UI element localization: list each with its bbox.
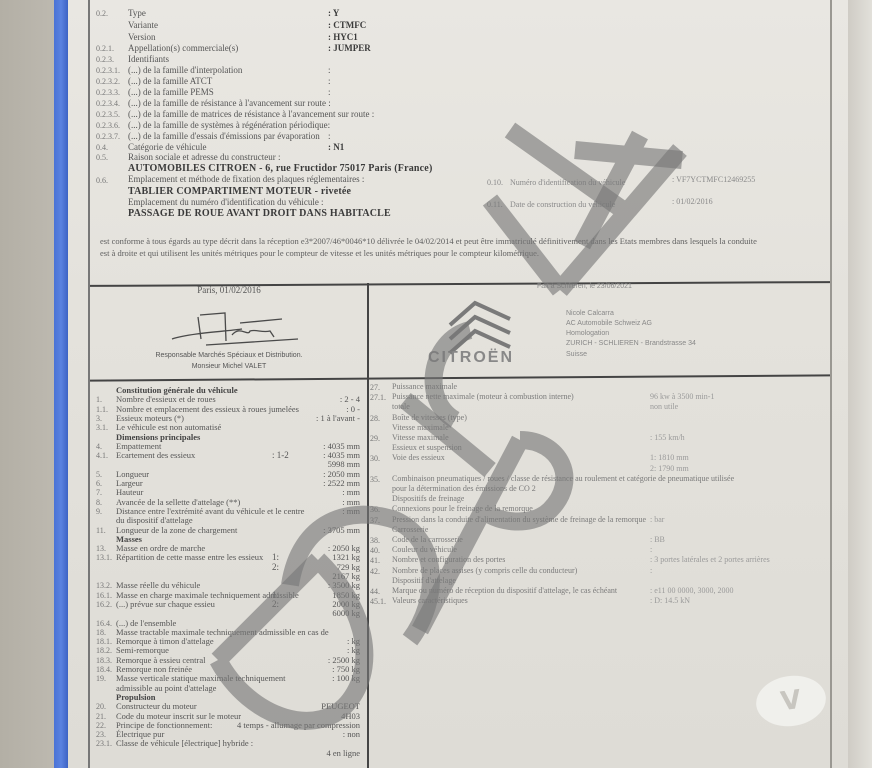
background-surface-right [848, 0, 872, 768]
spec-label: Boîte de vitesses (type) [392, 413, 467, 422]
spec-number: 23.1. [96, 739, 112, 748]
field-value: : [328, 131, 331, 142]
spec-number: 1. [96, 395, 102, 404]
spec-label: Classe de véhicule [électrique] hybride … [116, 738, 253, 749]
spec-value: : [650, 566, 652, 575]
spec-number: 23. [96, 730, 106, 739]
field-label: (...) de la famille PEMS [128, 87, 214, 98]
build-date-value: : 01/02/2016 [672, 197, 713, 206]
field-value: : [328, 76, 331, 87]
spec-number: 27. [370, 383, 380, 392]
blue-binder-edge [54, 0, 68, 768]
field-label: (...) de la famille ATCT [128, 76, 212, 87]
citroen-brand-wordmark: CITROËN [428, 349, 514, 367]
field-number: 0.2.3.4. [96, 99, 120, 108]
stamp-line: Nicole Calcarra [566, 310, 614, 317]
spec-value: : 3 portes latérales et 2 portes arrière… [650, 555, 770, 564]
spec-number: 16.2. [96, 600, 112, 609]
plate-value: TABLIER COMPARTIMENT MOTEUR - rivetée [128, 186, 351, 197]
vin-label: Numéro d'identification du véhicule [510, 178, 625, 187]
spec-label: Couleur du véhicule [392, 545, 457, 554]
field-number: 0.2.3.7. [96, 132, 120, 141]
spec-number: 35. [370, 475, 380, 484]
spec-number: 38. [370, 536, 380, 545]
spec-number: 28. [370, 414, 380, 423]
spec-number: 27.1. [370, 393, 386, 402]
spec-number: 13.2. [96, 581, 112, 590]
spec-number: 18.2. [96, 646, 112, 655]
field-number: 0.2.3.3. [96, 88, 120, 97]
stamp-line: ZURICH - SCHLIEREN - Brandstrasse 34 [566, 340, 696, 347]
spec-label: Combinaison pneumatiques / roues / class… [392, 474, 734, 483]
spec-axle: 2: [272, 562, 279, 573]
spec-label: Dispositif d'attelage [392, 576, 456, 585]
spec-number: 18.4. [96, 665, 112, 674]
spec-label: Pression dans la conduite d'alimentation… [392, 515, 646, 524]
spec-label: totale [392, 402, 410, 411]
spec-value: 4 en ligne [326, 748, 360, 759]
spec-label: Connexions pour le freinage de la remorq… [392, 504, 533, 513]
spec-label: Essieux et suspension [392, 443, 462, 452]
field-label: Identifiants [128, 54, 169, 65]
spec-label: Carrosserie [392, 525, 428, 534]
field-label: (...) de la famille d'interpolation [128, 65, 242, 76]
spec-value: 6000 kg [332, 608, 360, 619]
field-label: (...) de la famille de matrices de résis… [128, 109, 374, 120]
spec-value: : 155 km/h [650, 433, 685, 442]
signature-place-date: Paris, 01/02/2016 [90, 285, 368, 295]
spec-number: 1.1. [96, 405, 108, 414]
field-label: Version [128, 32, 156, 43]
spec-number: 5. [96, 470, 102, 479]
spec-label: Code de la carrosserie [392, 535, 463, 544]
field-number: 0.2.3.6. [96, 121, 120, 130]
spec-label: Vitesse maximale [392, 433, 449, 442]
spec-number: 45.1. [370, 597, 386, 606]
spec-value: 1: 1810 mm [650, 453, 689, 462]
spec-number: 13.1. [96, 553, 112, 562]
spec-value: : D: 14.5 kN [650, 596, 690, 605]
spec-number: 4.1. [96, 451, 108, 460]
spec-label: Marque ou numéro de réception du disposi… [392, 586, 617, 595]
spec-label: (...) prévue sur chaque essieu [116, 599, 215, 610]
stamp-line: Homologation [566, 330, 609, 337]
stamp-line: AC Automobile Schweiz AG [566, 320, 652, 327]
spec-number: 16.4. [96, 619, 112, 628]
spec-value: non utile [650, 402, 678, 411]
spec-number: 18. [96, 628, 106, 637]
spec-label: Voie des essieux [392, 453, 445, 462]
spec-value: 4 temps - allumage par compression [237, 720, 360, 731]
spec-number: 7. [96, 488, 102, 497]
spec-number: 41. [370, 556, 380, 565]
spec-number: 21. [96, 712, 106, 721]
spec-number: 37. [370, 516, 380, 525]
page-frame-left [88, 0, 90, 768]
handwritten-signature [170, 303, 300, 353]
spec-label: Répartition de cette masse entre les ess… [116, 552, 263, 563]
field-label: Appellation(s) commerciale(s) [128, 43, 238, 54]
build-date-label: Date de construction du véhicule [510, 200, 615, 209]
spec-number: 22. [96, 721, 106, 730]
field-value: : Y [328, 8, 339, 18]
spec-label: Puissance nette maximale (moteur à combu… [392, 392, 574, 401]
spec-number: 19. [96, 674, 106, 683]
spec-number: 29. [370, 434, 380, 443]
spec-value: : 1 à l'avant - [316, 413, 360, 424]
field-value: : N1 [328, 142, 344, 152]
spec-number: 18.1. [96, 637, 112, 646]
spec-number: 40. [370, 546, 380, 555]
field-value: : [328, 65, 331, 76]
field-label: Type [128, 8, 146, 19]
field-value: : JUMPER [328, 43, 371, 53]
field-number: 0.2.3. [96, 55, 114, 64]
spec-label: Ecartement des essieux [116, 450, 195, 461]
field-label: (...) de la famille de résistance à l'av… [128, 98, 331, 109]
spec-number: 16.1. [96, 591, 112, 600]
spec-label: Valeurs caractéristiques [392, 596, 468, 605]
spec-value: : mm [342, 506, 360, 517]
spec-value: : e11 00 0000, 3000, 2000 [650, 586, 733, 595]
spec-label: Dispositifs de freinage [392, 494, 464, 503]
spec-value: 2: 1790 mm [650, 464, 689, 473]
field-value: : CTMFC [328, 20, 366, 30]
spec-axle: : 1-2 [272, 450, 289, 461]
vin-location-label: Emplacement du numéro d'identification d… [128, 197, 324, 208]
spec-value: : bar [650, 515, 664, 524]
spec-label: Vitesse maximale [392, 423, 449, 432]
spec-value: : non [343, 729, 360, 740]
field-number: 0.2.1. [96, 44, 114, 53]
spec-number: 3.1. [96, 423, 108, 432]
manufacturer-address: AUTOMOBILES CITROEN - 6, rue Fructidor 7… [128, 163, 432, 174]
field-number: 0.4. [96, 143, 108, 152]
field-label: (...) de la famille de systèmes à régéné… [128, 120, 330, 131]
field-number: 0.5. [96, 153, 108, 162]
field-number: 0.2.3.2. [96, 77, 120, 86]
page-frame-right [830, 0, 832, 768]
spec-number: 11. [96, 526, 106, 535]
stamp-line: Suisse [566, 351, 587, 358]
vin-location-value: PASSAGE DE ROUE AVANT DROIT DANS HABITAC… [128, 208, 391, 219]
vin-value: : VF7YCTMFC12469255 [672, 175, 755, 184]
spec-number: 30. [370, 454, 380, 463]
spec-label: Nombre de places assises (y compris cell… [392, 566, 577, 575]
field-number: 0.2.3.1. [96, 66, 120, 75]
field-label: (...) de la famille d'essais d'émissions… [128, 131, 320, 142]
spec-value: 96 kw à 3500 min-1 [650, 392, 714, 401]
spec-number: 8. [96, 498, 102, 507]
plate-label: Emplacement et méthode de fixation des p… [128, 174, 364, 185]
field-value: : [328, 87, 331, 98]
signature-block: Paris, 01/02/2016 Responsable Marchés Sp… [90, 283, 368, 373]
vin-number: 0.10. [487, 178, 503, 187]
spec-axle: 2: [272, 599, 279, 610]
spec-number: 36. [370, 505, 380, 514]
build-date-number: 0.11. [487, 200, 503, 209]
spec-number: 3. [96, 414, 102, 423]
field-label: Variante [128, 20, 158, 31]
spec-value: : [650, 545, 652, 554]
spec-number: 42. [370, 567, 380, 576]
signatory-role: Responsable Marchés Spéciaux et Distribu… [90, 352, 368, 359]
field-number: 0.2. [96, 9, 108, 18]
spec-label: Puissance maximale [392, 382, 457, 391]
field-value: : HYC1 [328, 32, 358, 42]
spec-value: : 100 kg [332, 673, 360, 684]
field-number: 0.2.3.5. [96, 110, 120, 119]
spec-number: 13. [96, 544, 106, 553]
spec-number: 44. [370, 587, 380, 596]
conformity-statement-line-2: est à droite et qui utilisent les unités… [100, 248, 539, 258]
spec-label: Nombre et configuration des portes [392, 555, 505, 564]
spec-value: : 3705 mm [323, 525, 360, 536]
spec-number: 9. [96, 507, 102, 516]
spec-value: : BB [650, 535, 665, 544]
spec-number: 18.3. [96, 656, 112, 665]
spec-number: 4. [96, 442, 102, 451]
stamp-place-date: Fait à Schlieren, le 23/06/2021 [537, 283, 632, 290]
signatory-name: Monsieur Michel VALET [90, 363, 368, 370]
spec-number: 6. [96, 479, 102, 488]
plate-label-number: 0.6. [96, 176, 108, 185]
spec-label: pour la détermination des émissions de C… [392, 484, 536, 493]
background-surface [0, 0, 56, 768]
field-label: Raison sociale et adresse du constructeu… [128, 152, 280, 163]
spec-number: 20. [96, 702, 106, 711]
conformity-statement-line-1: est conforme à tous égards au type décri… [100, 236, 800, 246]
